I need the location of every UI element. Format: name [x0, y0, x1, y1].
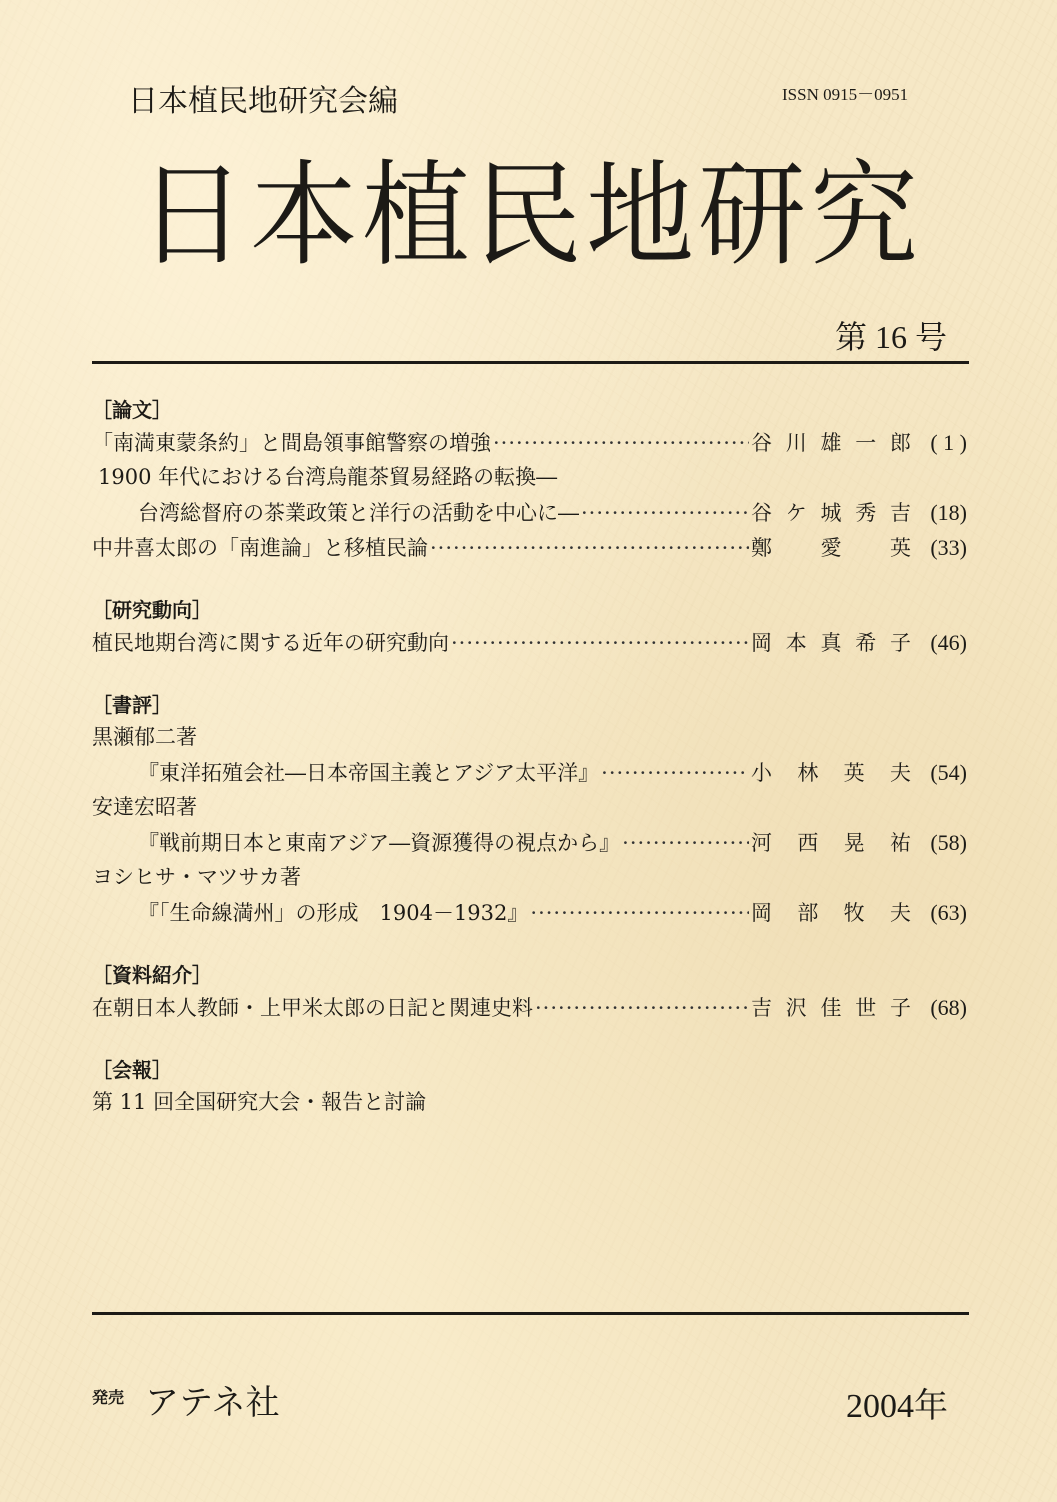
dot-leader [535, 991, 749, 1026]
author-char: 河 [751, 826, 772, 861]
author-char: 真 [821, 626, 842, 661]
entry-page: (46) [911, 625, 967, 660]
author-char: 希 [855, 626, 876, 661]
dot-leader [622, 826, 749, 861]
author-char: 林 [797, 756, 818, 791]
author-char: 谷 [751, 426, 772, 461]
toc-entry: 安達宏昭著 [92, 790, 967, 825]
dot-leader [493, 426, 749, 461]
author-char: 祐 [890, 826, 911, 861]
publisher-name: アテネ社 [145, 1375, 280, 1424]
entry-author: 河西晃祐 [751, 826, 911, 861]
entry-author: 吉沢佳世子 [751, 991, 911, 1026]
dot-leader [451, 626, 749, 661]
author-char: 吉 [890, 496, 911, 531]
entry-title: 『東洋拓殖会社―日本帝国主義とアジア太平洋』 [138, 756, 599, 791]
entry-title: 在朝日本人教師・上甲米太郎の日記と関連史料 [92, 991, 533, 1026]
toc-section: ［研究動向］植民地期台湾に関する近年の研究動向岡本真希子(46) [92, 595, 967, 660]
author-char: 沢 [786, 991, 807, 1026]
entry-page: (58) [911, 825, 967, 860]
author-char: 愛 [821, 531, 842, 566]
entry-title: 『「生命線満州」の形成 1904－1932』 [138, 896, 528, 931]
toc-entry: 在朝日本人教師・上甲米太郎の日記と関連史料吉沢佳世子(68) [92, 990, 967, 1025]
entry-author: 岡部牧夫 [751, 896, 911, 931]
author-char: ケ [786, 496, 807, 531]
entry-title: 安達宏昭著 [92, 790, 197, 825]
author-char: 一 [855, 426, 876, 461]
toc-entry: 第 11 回全国研究大会・報告と討論 [92, 1085, 967, 1120]
dot-leader [430, 531, 749, 566]
author-char: 世 [855, 991, 876, 1026]
publication-year: 2004年 [846, 1378, 948, 1427]
entry-page: (54) [911, 755, 967, 790]
author-char: 佳 [821, 991, 842, 1026]
toc-entry: 中井喜太郎の「南進論」と移植民論鄭愛英(33) [92, 530, 967, 565]
toc-entry: 黒瀬郁二著 [92, 720, 967, 755]
dot-leader [581, 496, 749, 531]
author-char: 小 [751, 756, 772, 791]
toc-entry: 「南満東蒙条約」と間島領事館警察の増強谷川雄一郎( 1 ) [92, 425, 967, 460]
issn-number: ISSN 0915－0951 [782, 80, 908, 105]
author-char: 夫 [890, 756, 911, 791]
author-char: 西 [797, 826, 818, 861]
author-char: 英 [890, 531, 911, 566]
toc-entry: 1900 年代における台湾烏龍茶貿易経路の転換― [92, 460, 967, 495]
entry-page: (18) [911, 495, 967, 530]
entry-author: 岡本真希子 [751, 626, 911, 661]
toc-entry: 台湾総督府の茶業政策と洋行の活動を中心に―谷ケ城秀吉(18) [92, 495, 967, 530]
top-divider [92, 361, 969, 364]
author-char: 牧 [844, 896, 865, 931]
author-char: 岡 [751, 626, 772, 661]
journal-title: 日本植民地研究 [138, 160, 922, 273]
toc-section: ［資料紹介］在朝日本人教師・上甲米太郎の日記と関連史料吉沢佳世子(68) [92, 960, 967, 1025]
section-heading: ［研究動向］ [92, 595, 967, 625]
toc-entry: 植民地期台湾に関する近年の研究動向岡本真希子(46) [92, 625, 967, 660]
dot-leader [530, 896, 749, 931]
toc-section: ［会報］第 11 回全国研究大会・報告と討論 [92, 1055, 967, 1120]
author-char: 岡 [751, 896, 772, 931]
dot-leader [601, 756, 749, 791]
section-heading: ［資料紹介］ [92, 960, 967, 990]
entry-title: 黒瀬郁二著 [92, 720, 197, 755]
entry-title: 「南満東蒙条約」と間島領事館警察の増強 [92, 426, 491, 461]
author-char: 夫 [890, 896, 911, 931]
author-char: 吉 [751, 991, 772, 1026]
entry-title: 第 11 回全国研究大会・報告と討論 [92, 1085, 426, 1120]
author-char: 英 [844, 756, 865, 791]
toc-entry: ヨシヒサ・マツサカ著 [92, 860, 967, 895]
author-char: 城 [821, 496, 842, 531]
author-char: 秀 [855, 496, 876, 531]
entry-page: (63) [911, 895, 967, 930]
issue-number: 第 16 号 [835, 312, 947, 358]
author-char: 子 [890, 626, 911, 661]
entry-author: 小林英夫 [751, 756, 911, 791]
toc-section: ［書評］黒瀬郁二著『東洋拓殖会社―日本帝国主義とアジア太平洋』小林英夫(54)安… [92, 690, 967, 930]
author-char: 谷 [751, 496, 772, 531]
toc-entry: 『戦前期日本と東南アジア―資源獲得の視点から』河西晃祐(58) [92, 825, 967, 860]
entry-author: 谷ケ城秀吉 [751, 496, 911, 531]
section-heading: ［書評］ [92, 690, 967, 720]
toc-entry: 『東洋拓殖会社―日本帝国主義とアジア太平洋』小林英夫(54) [92, 755, 967, 790]
entry-title: 『戦前期日本と東南アジア―資源獲得の視点から』 [138, 826, 620, 861]
author-char: 本 [786, 626, 807, 661]
toc-section: ［論文］「南満東蒙条約」と間島領事館警察の増強谷川雄一郎( 1 )1900 年代… [92, 395, 967, 565]
entry-title: 植民地期台湾に関する近年の研究動向 [92, 626, 449, 661]
section-heading: ［論文］ [92, 395, 967, 425]
bottom-divider [92, 1312, 969, 1315]
author-char: 郎 [890, 426, 911, 461]
section-heading: ［会報］ [92, 1055, 967, 1085]
author-char: 晃 [844, 826, 865, 861]
entry-title: ヨシヒサ・マツサカ著 [92, 860, 301, 895]
author-char: 子 [890, 991, 911, 1026]
author-char: 鄭 [751, 531, 772, 566]
toc-entry: 『「生命線満州」の形成 1904－1932』岡部牧夫(63) [92, 895, 967, 930]
entry-page: ( 1 ) [911, 425, 967, 460]
entry-title: 1900 年代における台湾烏龍茶貿易経路の転換― [98, 460, 557, 495]
editor-credit: 日本植民地研究会編 [128, 76, 398, 120]
entry-author: 鄭愛英 [751, 531, 911, 566]
entry-title: 台湾総督府の茶業政策と洋行の活動を中心に― [138, 496, 579, 531]
publisher-label: 発売 [92, 1385, 124, 1408]
entry-page: (68) [911, 990, 967, 1025]
entry-page: (33) [911, 530, 967, 565]
table-of-contents: ［論文］「南満東蒙条約」と間島領事館警察の増強谷川雄一郎( 1 )1900 年代… [92, 395, 967, 1150]
author-char: 雄 [821, 426, 842, 461]
entry-author: 谷川雄一郎 [751, 426, 911, 461]
author-char: 部 [797, 896, 818, 931]
author-char: 川 [786, 426, 807, 461]
entry-title: 中井喜太郎の「南進論」と移植民論 [92, 531, 428, 566]
